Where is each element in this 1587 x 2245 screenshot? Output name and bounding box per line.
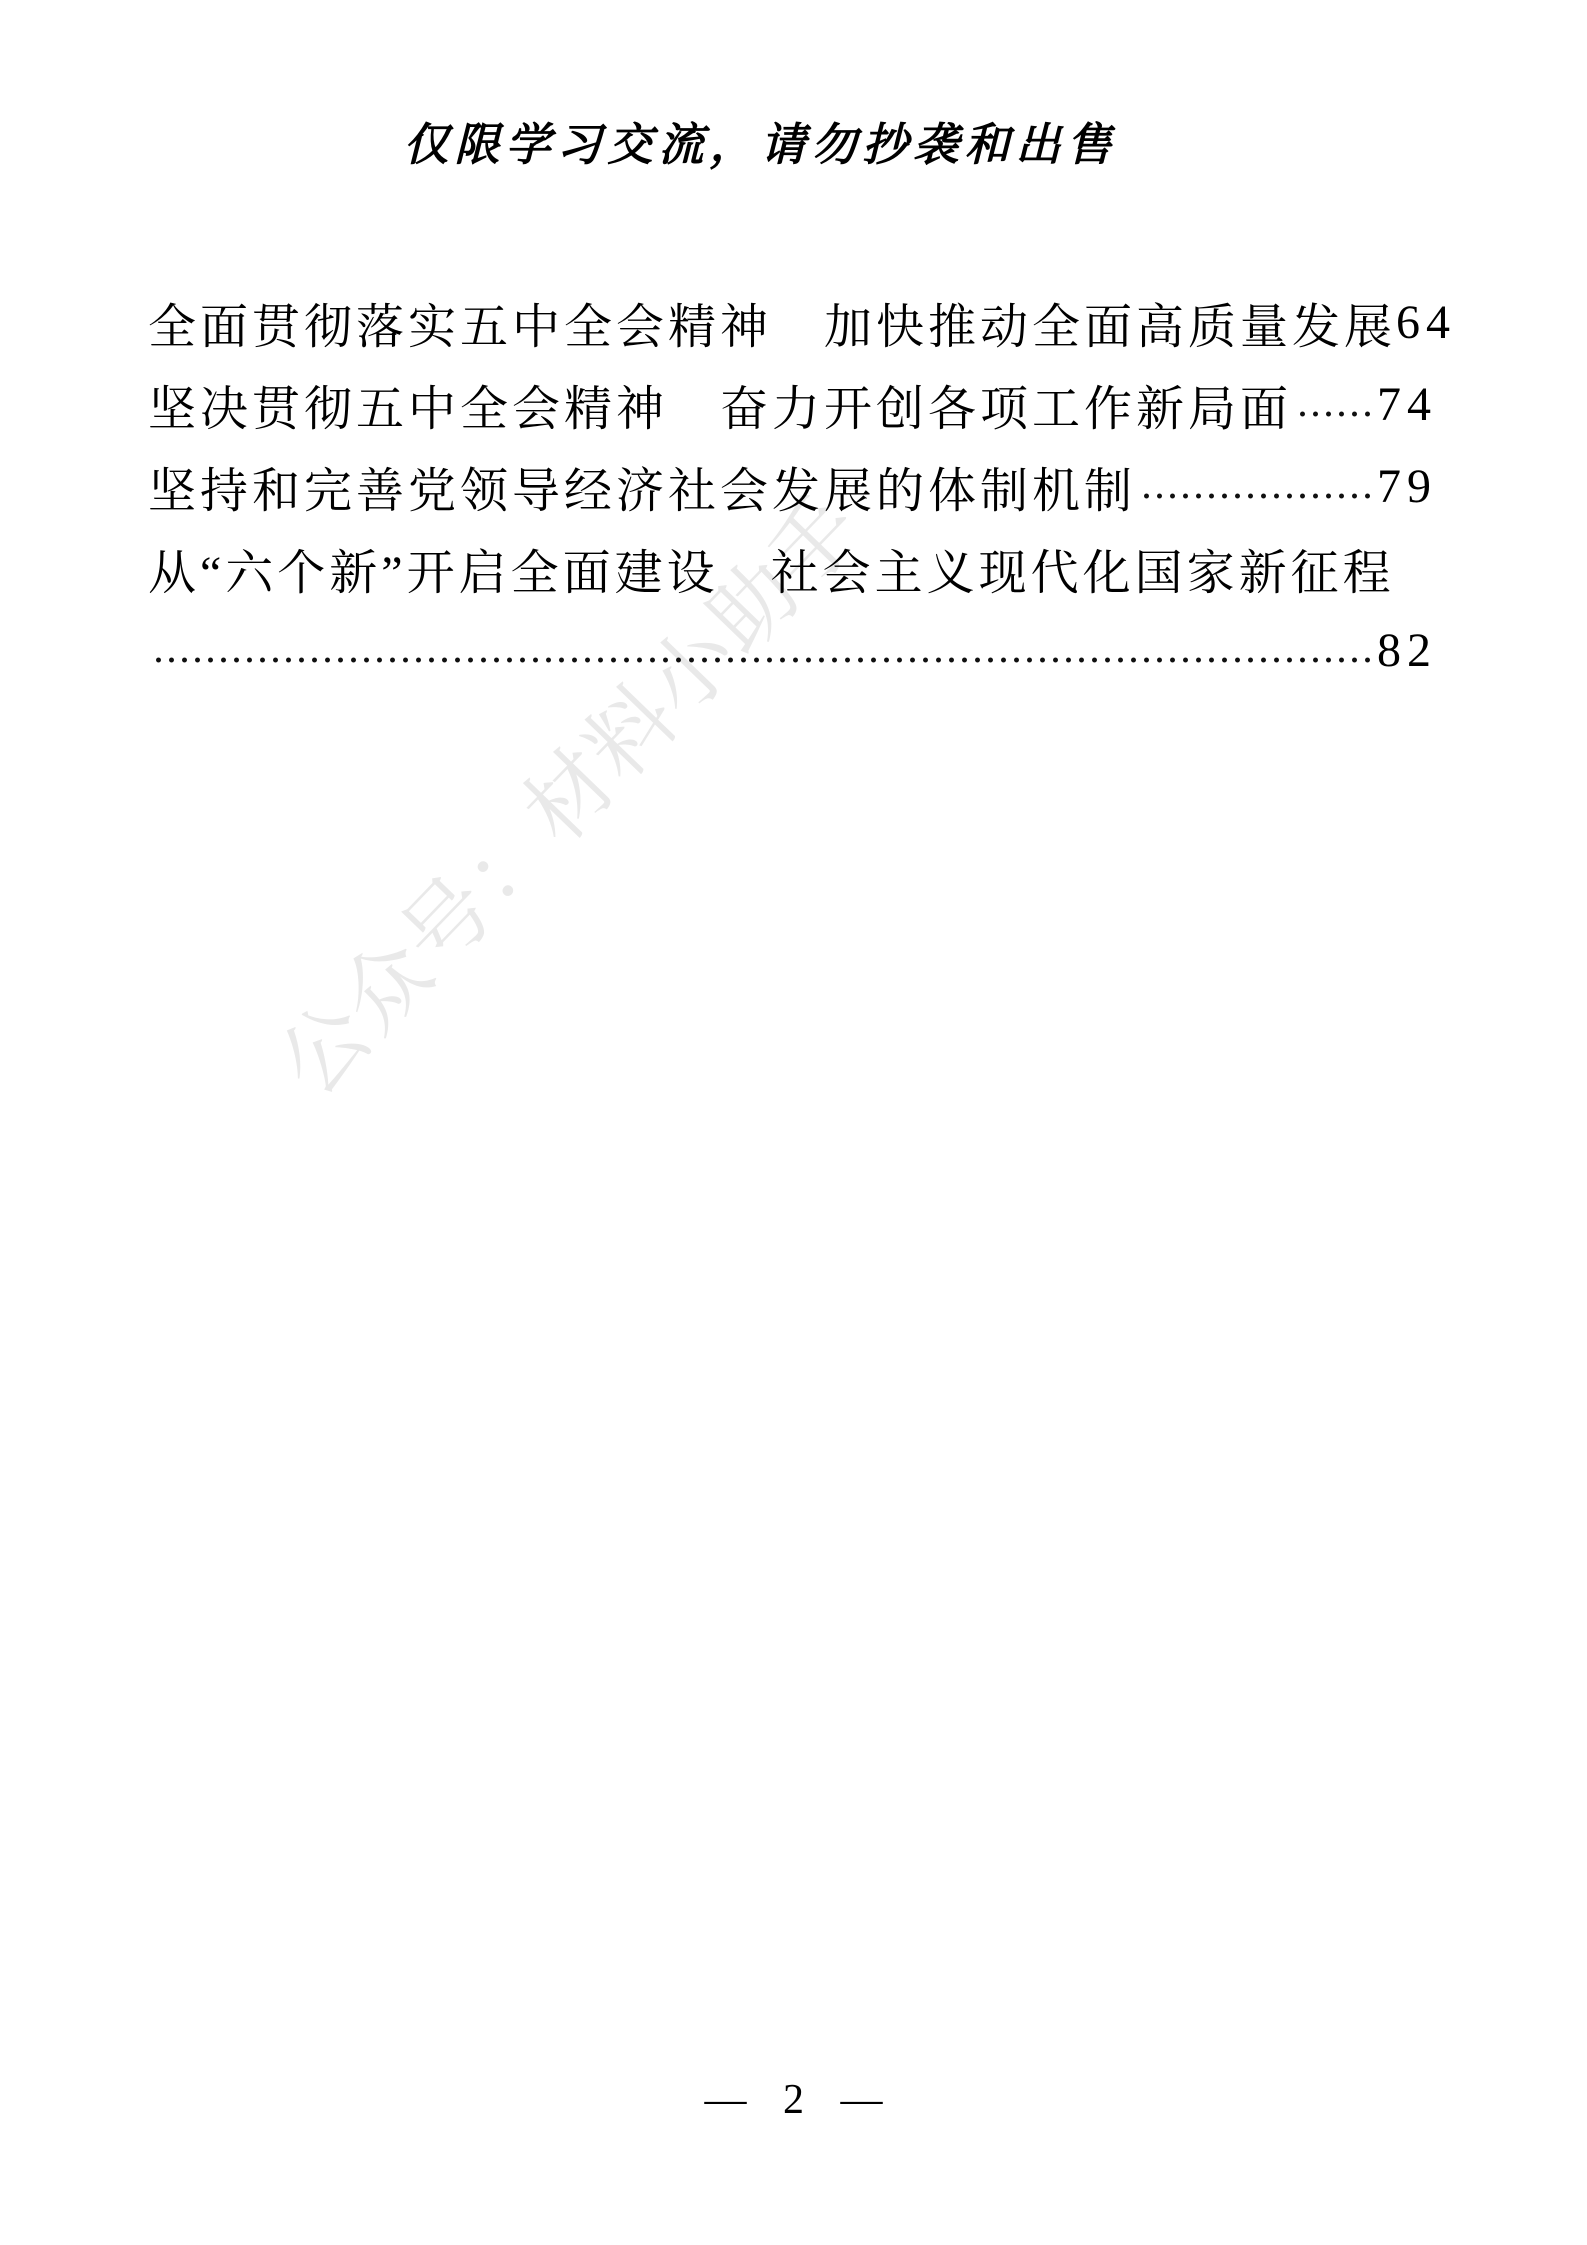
toc-page-number: 79 bbox=[1377, 459, 1437, 514]
toc-entry[interactable]: 坚决贯彻五中全会精神 奋力开创各项工作新局面 74 bbox=[148, 363, 1437, 445]
toc-entry-title: 坚持和完善党领导经济社会发展的体制机制 bbox=[148, 452, 1136, 521]
toc-page-number: 64 bbox=[1396, 295, 1456, 350]
document-page: 仅限学习交流，请勿抄袭和出售 公众号：材料小助手 全面贯彻落实五中全会精神 加快… bbox=[0, 0, 1587, 2245]
toc-leader-dots bbox=[1138, 445, 1375, 527]
footer-page-number: — 2 — bbox=[0, 2076, 1587, 2124]
toc-entry[interactable]: 82 bbox=[148, 609, 1437, 691]
toc-entry[interactable]: 全面贯彻落实五中全会精神 加快推动全面高质量发展 64 bbox=[148, 281, 1437, 363]
toc-entry-title: 全面贯彻落实五中全会精神 加快推动全面高质量发展 bbox=[148, 288, 1396, 357]
table-of-contents: 全面贯彻落实五中全会精神 加快推动全面高质量发展 64 坚决贯彻五中全会精神 奋… bbox=[148, 281, 1437, 691]
toc-entry-title: 从“六个新”开启全面建设 社会主义现代化国家新征程 bbox=[148, 534, 1395, 603]
toc-page-number: 82 bbox=[1377, 623, 1437, 678]
header-copy-notice: 仅限学习交流，请勿抄袭和出售 bbox=[403, 108, 1117, 173]
toc-leader-dots bbox=[150, 609, 1375, 691]
toc-entry[interactable]: 从“六个新”开启全面建设 社会主义现代化国家新征程 bbox=[148, 527, 1437, 609]
toc-page-number: 74 bbox=[1377, 377, 1437, 432]
toc-entry-title: 坚决贯彻五中全会精神 奋力开创各项工作新局面 bbox=[148, 370, 1292, 439]
toc-entry[interactable]: 坚持和完善党领导经济社会发展的体制机制 79 bbox=[148, 445, 1437, 527]
toc-leader-dots bbox=[1294, 363, 1375, 445]
